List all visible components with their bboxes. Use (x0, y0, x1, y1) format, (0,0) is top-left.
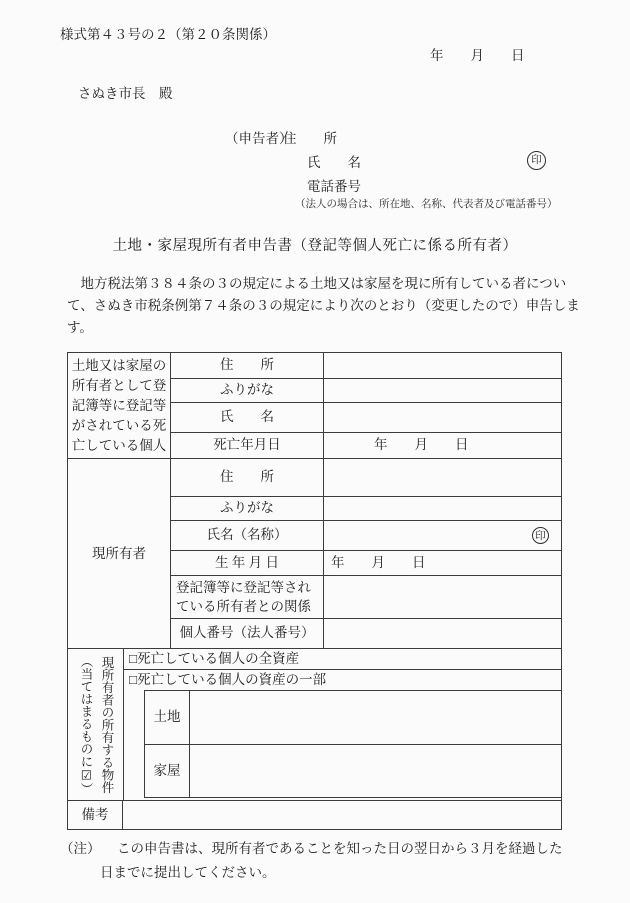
deceased-owner-block: 土地又は家屋の 所有者として登 記簿等に登記等 がされている死 亡している個人 … (68, 353, 561, 459)
table-row: 住 所 (171, 459, 561, 497)
seal-mark-icon: 印 (527, 151, 546, 170)
house-value[interactable] (190, 745, 561, 798)
note-text-line1: この申告書は、現所有者であることを知った日の翌日から３月を経過した (117, 840, 563, 858)
table-row: 土地 (145, 691, 561, 745)
owner-furigana-value[interactable] (324, 497, 561, 520)
owned-property-vertical-label: 現所有者の所有する物件 （当てはまるものに☑） (68, 649, 124, 800)
current-owner-header: 現所有者 (68, 459, 171, 648)
deceased-name-label: 氏 名 (171, 403, 324, 432)
applicant-address-label: 住 所 (283, 130, 337, 148)
applicant-name-label: 氏 名 (307, 154, 361, 172)
deceased-death-date-value[interactable]: 年 月 日 (324, 433, 561, 458)
declaration-table: 土地又は家屋の 所有者として登 記簿等に登記等 がされている死 亡している個人 … (67, 352, 562, 830)
table-row: 家屋 (145, 745, 561, 798)
corporate-note: （法人の場合は、所在地、名称、代表者及び電話番号） (295, 198, 558, 212)
date-line: 年 月 日 (430, 47, 525, 65)
form-number: 様式第４３号の２（第２０条関係） (60, 26, 276, 44)
table-row: 氏名（名称） 印 (171, 521, 561, 551)
table-row: 生 年 月 日 年 月 日 (171, 551, 561, 576)
deceased-death-date-label: 死亡年月日 (171, 433, 324, 458)
table-row: ふりがな (171, 379, 561, 403)
checkbox-option-all-assets[interactable]: □死亡している個人の全資産 (124, 649, 561, 670)
owner-name-value[interactable]: 印 (324, 521, 561, 550)
land-label: 土地 (145, 691, 190, 744)
remarks-block: 備考 (68, 801, 561, 829)
body-paragraph-line: す。 (67, 319, 93, 337)
owner-birth-date-value[interactable]: 年 月 日 (324, 551, 561, 575)
owned-property-block: 現所有者の所有する物件 （当てはまるものに☑） □死亡している個人の全資産 □死… (68, 649, 561, 801)
property-detail-table: 土地 家屋 (144, 690, 561, 798)
owner-name-label: 氏名（名称） (171, 521, 324, 550)
owner-address-label: 住 所 (171, 459, 324, 496)
table-row: 登記簿等に登記等され ている所有者との関係 (171, 576, 561, 619)
current-owner-block: 現所有者 住 所 ふりがな 氏名（名称） 印 生 年 月 日 年 月 日 (68, 459, 561, 649)
deceased-name-value[interactable] (324, 403, 561, 432)
addressee: さぬき市長 殿 (78, 85, 173, 103)
applicant-phone-label: 電話番号 (307, 178, 361, 196)
owner-furigana-label: ふりがな (171, 497, 324, 520)
note-text-line2: 日までに提出してください。 (100, 864, 276, 882)
body-paragraph-line: て、さぬき市税条例第７４条の３の規定により次のとおり（変更したので）申告しま (67, 297, 580, 315)
deceased-furigana-label: ふりがな (171, 379, 324, 402)
owner-birth-date-label: 生 年 月 日 (171, 551, 324, 575)
owner-address-value[interactable] (324, 459, 561, 496)
deceased-address-value[interactable] (324, 353, 561, 378)
owner-relation-value[interactable] (324, 576, 561, 618)
table-row: 死亡年月日 年 月 日 (171, 433, 561, 458)
deceased-address-label: 住 所 (171, 353, 324, 378)
land-value[interactable] (190, 691, 561, 744)
seal-mark-icon: 印 (532, 527, 549, 544)
house-label: 家屋 (145, 745, 190, 798)
owner-number-label: 個人番号（法人番号） (171, 619, 324, 648)
remarks-label: 備考 (68, 801, 123, 829)
deceased-owner-header: 土地又は家屋の 所有者として登 記簿等に登記等 がされている死 亡している個人 (68, 353, 171, 458)
table-row: 住 所 (171, 353, 561, 379)
table-row: 氏 名 (171, 403, 561, 433)
owner-number-value[interactable] (324, 619, 561, 648)
form-page: 様式第４３号の２（第２０条関係） 年 月 日 さぬき市長 殿 （申告者） 住 所… (0, 0, 630, 903)
note-marker: （注） (60, 840, 101, 858)
deceased-furigana-value[interactable] (324, 379, 561, 402)
body-paragraph-line: 地方税法第３８４条の３の規定による土地又は家屋を現に所有している者につい (67, 275, 566, 293)
document-title: 土地・家屋現所有者申告書（登記等個人死亡に係る所有者） (0, 237, 630, 257)
table-row: ふりがな (171, 497, 561, 521)
checkbox-option-partial-assets[interactable]: □死亡している個人の資産の一部 (124, 670, 561, 690)
table-row: 個人番号（法人番号） (171, 619, 561, 648)
remarks-value[interactable] (123, 801, 561, 829)
owner-relation-label: 登記簿等に登記等され ている所有者との関係 (171, 576, 324, 618)
